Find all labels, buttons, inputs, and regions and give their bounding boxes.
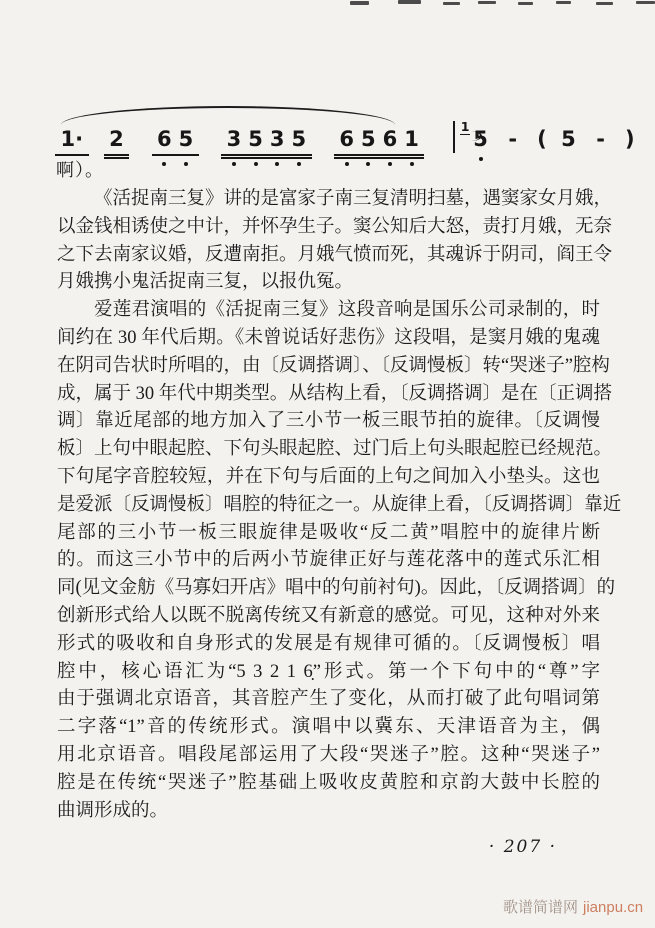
note: 5 [470,127,492,151]
text-line: 曲调形成的。 [57,798,600,826]
note: 3 [223,127,245,151]
note: 3 [266,127,288,151]
scan-artifact-dash [350,1,369,5]
scan-artifact-dash [443,2,460,5]
text-line: 爱莲君演唱的《活捉南三复》这段音响是国乐公司录制的，时 [57,297,600,325]
body-text: 《活捉南三复》讲的是富家子南三复清明扫墓，遇窦家女月娥， 以金钱相诱使之中计，并… [57,186,600,825]
text-line: 调〕靠近尾部的地方加入了三小节一板三眼节拍的旋律。〔反调慢 [57,408,600,436]
text-line: 创新形式给人以既不脱离传统又有新意的感觉。可见，这种对外来 [57,603,600,631]
text-line: 尾部的三小节一板三眼旋律是吸收“反二黄”唱腔中的旋律片断 [57,520,600,548]
close-paren: ) [625,127,635,151]
jianpu-notation-line: 1·2 65 3535 6561 15-(5-) [55,121,655,156]
beam-group: 2 [104,127,130,156]
note: 5 [175,127,197,151]
text-line: 月娥携小鬼活捉南三复，以报仇冤。 [57,269,600,297]
text-line: 成，属于 30 年代中期类型。从结构上看，〔反调搭调〕是在〔正调搭 [57,381,600,409]
watermark-site-url: jianpu.cn [583,899,643,916]
text-line: 以金钱相诱使之中计，并怀孕生子。窦公知后大怒，责打月娥，无奈 [57,214,600,242]
note: 6 [154,127,176,151]
watermark: 歌谱简谱网jianpu.cn [503,896,643,917]
text-line: 是爱派〔反调慢板〕唱腔的特征之一。从旋律上看，〔反调搭调〕靠近 [57,492,600,520]
beam-group: 6561 [334,127,425,156]
text-line: 在阴司告状时所唱的，由〔反调搭调〕、〔反调慢板〕转“哭迷子”腔构 [57,353,600,381]
text-line: 同(见文金舫《马寡妇开店》唱中的句前衬句)。因此，〔反调搭调〕的 [57,575,600,603]
text-line: 用北京语音。唱段尾部运用了大段“哭迷子”腔。这种“哭迷子” [57,742,600,770]
scan-artifact-dash [478,1,496,4]
text-line: 《活捉南三复》讲的是富家子南三复清明扫墓，遇窦家女月娥， [57,186,600,214]
scan-artifact-dash [636,1,655,4]
text-line: 由于强调北京语音，其音腔产生了变化，从而打破了此句唱词第 [57,686,600,714]
note: 6 [336,127,358,151]
scan-artifact-dash [596,2,613,5]
note: 5 [288,127,310,151]
lyric-text: 啊）。 [56,156,104,182]
text-line: 之下去南家议婚，反遭南拒。月娥气愤而死，其魂诉于阴司，阎王令 [57,242,600,270]
duration-dash: - [508,127,517,151]
note: 5 [245,127,267,151]
beam-group: 1· [55,127,89,156]
note: 5 [558,127,580,151]
duration-dash: - [596,127,605,151]
note: 5 [358,127,380,151]
note: 6 [379,127,401,151]
text-line: 下句尾字音腔较短，并在下句与后面的上句之间加入小垫头。这也 [57,464,600,492]
book-page: 1·2 65 3535 6561 15-(5-) 啊）。 《活捉南三复》讲的是富… [0,0,655,928]
text-line: 板〕上句中眼起腔、下句头眼起腔、过门后上句头眼起腔已经规范。 [57,436,600,464]
scan-artifact-dash [518,2,533,5]
slur-arc [61,106,395,125]
note: 1 [401,127,423,151]
text-line: 腔是在传统“哭迷子”腔基础上吸收皮黄腔和京韵大鼓中长腔的 [57,770,600,798]
text-line: 的。而这三小节中的后两小节旋律正好与莲花落中的莲式乐汇相 [57,547,600,575]
note: 2 [106,127,128,151]
page-number: · 207 · [489,837,557,857]
barline [453,121,455,153]
beam-group: 65 [152,127,199,156]
scan-artifact-dash [398,0,421,4]
text-line: 二字落“1”音的传统形式。演唱中以冀东、天津语音为主，偶 [57,714,600,742]
beam-group: 3535 [221,127,312,156]
text-line: 间约在 30 年代后期。《未曾说话好悲伤》这段唱，是窦月娥的鬼魂 [57,325,600,353]
scan-artifact-dash [556,1,571,4]
watermark-site-name: 歌谱简谱网 [503,899,578,916]
paragraph: 《活捉南三复》讲的是富家子南三复清明扫墓，遇窦家女月娥， 以金钱相诱使之中计，并… [57,186,600,297]
note: 1· [57,127,87,151]
text-line: 腔中，核心语汇为“5 3 2 1 6̣”形式。第一个下句中的“尊”字 [57,659,600,687]
text-line: 形式的吸收和自身形式的发展是有规律可循的。〔反调慢板〕唱 [57,631,600,659]
open-paren: ( [537,127,547,151]
paragraph: 爱莲君演唱的《活捉南三复》这段音响是国乐公司录制的，时 间约在 30 年代后期。… [57,297,600,825]
